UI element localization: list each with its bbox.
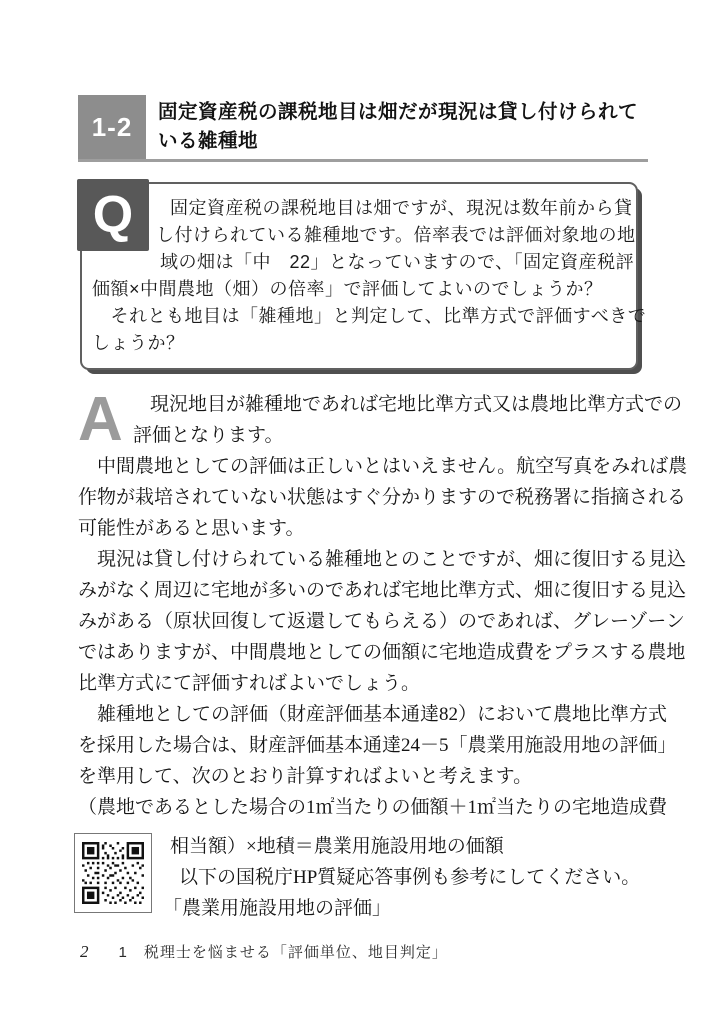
question-line: 固定資産税の課税地目は畑ですが、現況は数年前から貸 bbox=[82, 195, 636, 222]
question-box: Q 固定資産税の課税地目は畑ですが、現況は数年前から貸 し付けられている雑種地で… bbox=[80, 182, 638, 370]
answer-line: を準用して、次のとおり計算すればよいと考えます。 bbox=[78, 761, 654, 792]
qr-code bbox=[74, 833, 152, 913]
section-number-badge: 1-2 bbox=[78, 95, 146, 159]
page-footer: 2 1 税理士を悩ませる「評価単位、地目判定」 bbox=[80, 941, 448, 962]
question-line: 価額×中間農地（畑）の倍率」で評価してよいのでしょうか？ bbox=[82, 276, 636, 303]
answer-line: 可能性があると思います。 bbox=[78, 513, 654, 544]
question-line: 域の畑は「中 22」となっていますので、「固定資産税評 bbox=[82, 249, 636, 276]
qr-code-icon bbox=[82, 842, 144, 904]
reference-line: 以下の国税庁HP質疑応答事例も参考にしてください。 bbox=[78, 862, 654, 893]
page-number: 2 bbox=[80, 942, 89, 962]
book-page: 1-2 固定資産税の課税地目は畑だが現況は貸し付けられている雑種地 Q 固定資産… bbox=[0, 0, 720, 1024]
question-icon: Q bbox=[77, 179, 149, 251]
question-line: しょうか？ bbox=[82, 330, 636, 357]
reference-line: 相当額）×地積＝農業用施設用地の価額 bbox=[78, 831, 654, 862]
answer-icon: A bbox=[78, 389, 123, 451]
section-header: 1-2 固定資産税の課税地目は畑だが現況は貸し付けられている雑種地 bbox=[78, 95, 648, 162]
answer-line: 現況は貸し付けられている雑種地とのことですが、畑に復旧する見込 bbox=[78, 544, 654, 575]
answer-section: A 現況地目が雑種地であれば宅地比準方式又は農地比準方式での 評価となります。 … bbox=[78, 389, 654, 924]
reference-block: 相当額）×地積＝農業用施設用地の価額 以下の国税庁HP質疑応答事例も参考にしてく… bbox=[78, 831, 654, 924]
answer-line: 比準方式にて評価すればよいでしょう。 bbox=[78, 668, 654, 699]
reference-line: 「農業用施設用地の評価」 bbox=[78, 893, 654, 924]
section-title: 固定資産税の課税地目は畑だが現況は貸し付けられている雑種地 bbox=[146, 95, 648, 159]
chapter-footer: 1 税理士を悩ませる「評価単位、地目判定」 bbox=[119, 941, 448, 962]
answer-line: （農地であるとした場合の1㎡当たりの価額＋1㎡当たりの宅地造成費 bbox=[78, 792, 654, 823]
answer-line: 評価となります。 bbox=[78, 420, 654, 451]
answer-line: 雑種地としての評価（財産評価基本通達82）において農地比準方式 bbox=[78, 699, 654, 730]
answer-line: ではありますが、中間農地としての価額に宅地造成費をプラスする農地 bbox=[78, 637, 654, 668]
question-line: し付けられている雑種地です。倍率表では評価対象地の地 bbox=[82, 222, 636, 249]
answer-line: 作物が栽培されていない状態はすぐ分かりますので税務署に指摘される bbox=[78, 482, 654, 513]
question-line: それとも地目は「雑種地」と判定して、比準方式で評価すべきで bbox=[82, 303, 636, 330]
answer-line: みがなく周辺に宅地が多いのであれば宅地比準方式、畑に復旧する見込 bbox=[78, 575, 654, 606]
answer-line: 中間農地としての評価は正しいとはいえません。航空写真をみれば農 bbox=[78, 451, 654, 482]
answer-line: みがある（原状回復して返還してもらえる）のであれば、グレーゾーン bbox=[78, 606, 654, 637]
answer-line: 現況地目が雑種地であれば宅地比準方式又は農地比準方式での bbox=[78, 389, 654, 420]
answer-line: を採用した場合は、財産評価基本通達24－5「農業用施設用地の評価」 bbox=[78, 730, 654, 761]
